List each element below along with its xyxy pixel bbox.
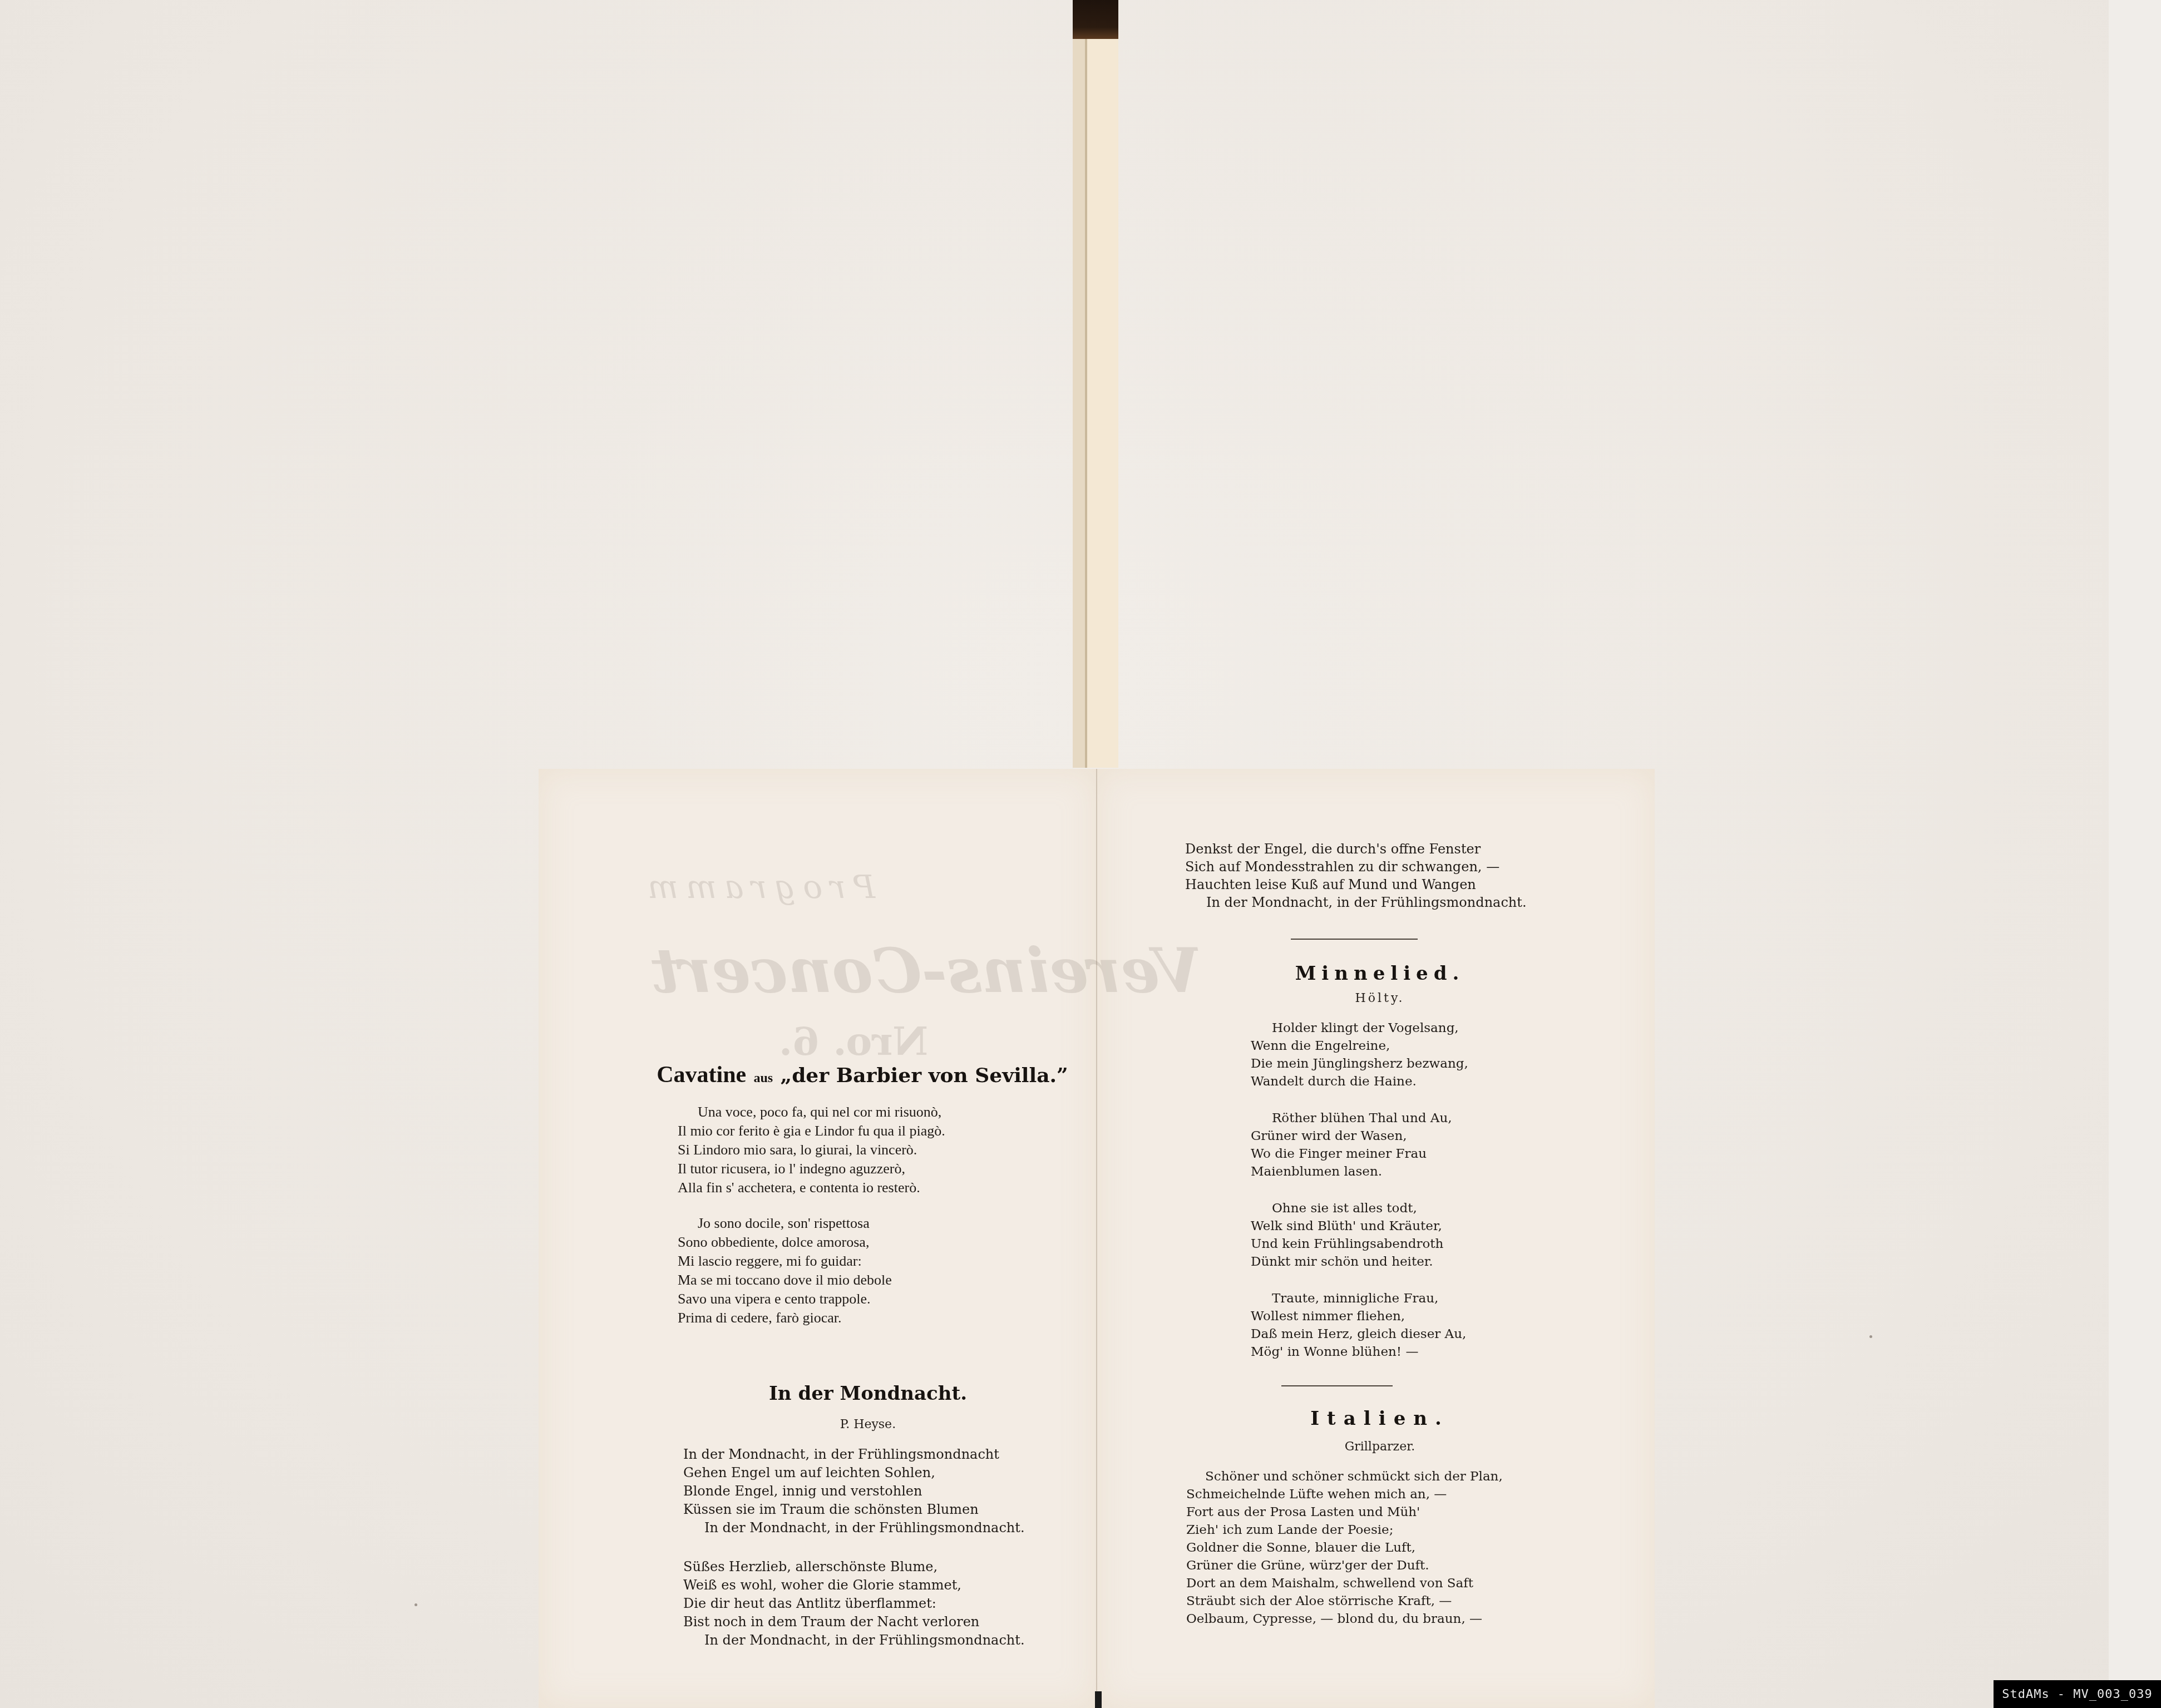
verse-line: Mi lascio reggere, mi fo guidar: <box>678 1252 892 1271</box>
verse-line: Dünkt mir schön und heiter. <box>1251 1253 1468 1271</box>
verse-line: Die mein Jünglingsherz bezwang, <box>1251 1055 1468 1073</box>
minnelied-verses: Holder klingt der Vogelsang, Wenn die En… <box>1251 1019 1468 1361</box>
spine-binding-dark <box>1073 0 1118 39</box>
bleed-through-programm: Programm <box>640 868 875 906</box>
mount-right-edge <box>2109 0 2161 1708</box>
verse-line: Welk sind Blüth' und Kräuter, <box>1251 1217 1468 1235</box>
verse-line: Wollest nimmer fliehen, <box>1251 1307 1468 1325</box>
gutter-shadow <box>1095 1691 1102 1708</box>
cavatine-title-rest: „der Barbier von Sevilla.” <box>780 1064 1068 1087</box>
verse-line: Zieh' ich zum Lande der Poesie; <box>1186 1521 1503 1539</box>
minnelied-title: Minnelied. <box>1185 962 1575 985</box>
verse-line: Il tutor ricusera, io l' indegno aguzzer… <box>678 1159 945 1178</box>
verse-line: Maienblumen lasen. <box>1251 1163 1468 1181</box>
verse-line: Sträubt sich der Aloe störrische Kraft, … <box>1186 1592 1503 1610</box>
spine-inner <box>1087 39 1118 768</box>
verse-line: Die dir heut das Antlitz überflammet: <box>683 1595 1025 1613</box>
verse-line: Mög' in Wonne blühen! — <box>1251 1343 1468 1361</box>
cavatine-title-main: Cavatine <box>657 1062 746 1088</box>
verse-line: Dort an dem Maishalm, schwellend von Saf… <box>1186 1574 1503 1592</box>
verse-line: Schmeichelnde Lüfte wehen mich an, — <box>1186 1485 1503 1503</box>
verse-line-refrain: In der Mondnacht, in der Frühlingsmondna… <box>683 1631 1025 1650</box>
stanza-gap <box>1251 1181 1468 1199</box>
minnelied-author-text: Hölty. <box>1185 991 1575 1005</box>
italien-title-text: Italien. <box>1185 1408 1575 1430</box>
verse-line: Bist noch in dem Traum der Nacht verlore… <box>683 1613 1025 1631</box>
mondnacht-stanza-3: Denkst der Engel, die durch's offne Fens… <box>1185 840 1527 911</box>
verse-line: Wandelt durch die Haine. <box>1251 1073 1468 1090</box>
book-spine-strip <box>1073 0 1118 768</box>
cavatine-stanza-1: Una voce, poco fa, qui nel cor mi risuon… <box>678 1103 945 1197</box>
paper-speck <box>1869 1335 1872 1338</box>
verse-line: Il mio cor ferito è gia e Lindor fu qua … <box>678 1122 945 1141</box>
cavatine-title-aus: aus <box>754 1071 773 1085</box>
spine-shade <box>1073 39 1085 768</box>
italien-title: Italien. <box>1185 1408 1575 1430</box>
section-divider <box>1281 1385 1393 1386</box>
verse-line: Jo sono docile, son' rispettosa <box>678 1214 892 1233</box>
verse-line: Hauchten leise Kuß auf Mund und Wangen <box>1185 876 1527 894</box>
verse-line: Gehen Engel um auf leichten Sohlen, <box>683 1464 1025 1482</box>
verse-line: Blonde Engel, innig und verstohlen <box>683 1482 1025 1500</box>
cavatine-stanza-2: Jo sono docile, son' rispettosa Sono obb… <box>678 1214 892 1327</box>
verse-line: Si Lindoro mio sara, lo giurai, la vince… <box>678 1141 945 1159</box>
verse-line: Fort aus der Prosa Lasten und Müh' <box>1186 1503 1503 1521</box>
verse-line: Savo una vipera e cento trappole. <box>678 1290 892 1309</box>
verse-line: Wenn die Engelreine, <box>1251 1037 1468 1055</box>
verse-line: Denkst der Engel, die durch's offne Fens… <box>1185 840 1527 858</box>
verse-line: Alla fin s' acchetera, e contenta io res… <box>678 1178 945 1197</box>
verse-line: Grüner die Grüne, würz'ger der Duft. <box>1186 1557 1503 1574</box>
italien-author: Grillparzer. <box>1185 1440 1575 1454</box>
italien-author-text: Grillparzer. <box>1185 1440 1575 1454</box>
verse-line: Daß mein Herz, gleich dieser Au, <box>1251 1325 1468 1343</box>
italien-verses: Schöner und schöner schmückt sich der Pl… <box>1186 1468 1503 1628</box>
verse-line: Holder klingt der Vogelsang, <box>1251 1019 1468 1037</box>
bleed-through-number: Nro. 6. <box>779 1018 928 1064</box>
verse-line: Röther blühen Thal und Au, <box>1251 1109 1468 1127</box>
mondnacht-title: In der Mondnacht. <box>668 1383 1068 1405</box>
verse-line: Sono obbediente, dolce amorosa, <box>678 1233 892 1252</box>
verse-line: Goldner die Sonne, blauer die Luft, <box>1186 1539 1503 1557</box>
mondnacht-stanza-1: In der Mondnacht, in der Frühlingsmondna… <box>683 1445 1025 1537</box>
verse-line: Schöner und schöner schmückt sich der Pl… <box>1186 1468 1503 1485</box>
verse-line: Küssen sie im Traum die schönsten Blumen <box>683 1500 1025 1519</box>
verse-line: Una voce, poco fa, qui nel cor mi risuon… <box>678 1103 945 1122</box>
verse-line: Ma se mi toccano dove il mio debole <box>678 1271 892 1290</box>
verse-line-refrain: In der Mondnacht, in der Frühlingsmondna… <box>683 1519 1025 1537</box>
verse-line: Prima di cedere, farò giocar. <box>678 1309 892 1327</box>
verse-line: Und kein Frühlingsabendroth <box>1251 1235 1468 1253</box>
verse-line: Grüner wird der Wasen, <box>1251 1127 1468 1145</box>
section-divider <box>1291 939 1418 940</box>
verse-line-refrain: In der Mondnacht, in der Frühlingsmondna… <box>1185 894 1527 911</box>
verse-line: In der Mondnacht, in der Frühlingsmondna… <box>683 1445 1025 1464</box>
verse-line: Süßes Herzlieb, allerschönste Blume, <box>683 1558 1025 1576</box>
verse-line: Oelbaum, Cypresse, — blond du, du braun,… <box>1186 1610 1503 1628</box>
mondnacht-title-text: In der Mondnacht. <box>668 1383 1068 1405</box>
minnelied-author: Hölty. <box>1185 991 1575 1005</box>
verse-line: Weiß es wohl, woher die Glorie stammet, <box>683 1576 1025 1595</box>
archive-watermark-label: StdAMs - MV_003_039 <box>1994 1680 2161 1708</box>
stanza-gap <box>1251 1090 1468 1109</box>
verse-line: Ohne sie ist alles todt, <box>1251 1199 1468 1217</box>
cavatine-heading: Cavatine aus „der Barbier von Sevilla.” <box>657 1062 1068 1088</box>
mondnacht-author-text: P. Heyse. <box>668 1418 1068 1431</box>
verse-line: Sich auf Mondesstrahlen zu dir schwangen… <box>1185 858 1527 876</box>
verse-line: Wo die Finger meiner Frau <box>1251 1145 1468 1163</box>
paper-speck <box>415 1603 417 1606</box>
minnelied-title-text: Minnelied. <box>1185 962 1575 985</box>
verse-line: Traute, minnigliche Frau, <box>1251 1290 1468 1307</box>
mondnacht-stanza-2: Süßes Herzlieb, allerschönste Blume, Wei… <box>683 1558 1025 1650</box>
stanza-gap <box>1251 1271 1468 1290</box>
mondnacht-author: P. Heyse. <box>668 1418 1068 1431</box>
bleed-through-vereins-concert: Vereins-Concert <box>651 935 1201 1006</box>
